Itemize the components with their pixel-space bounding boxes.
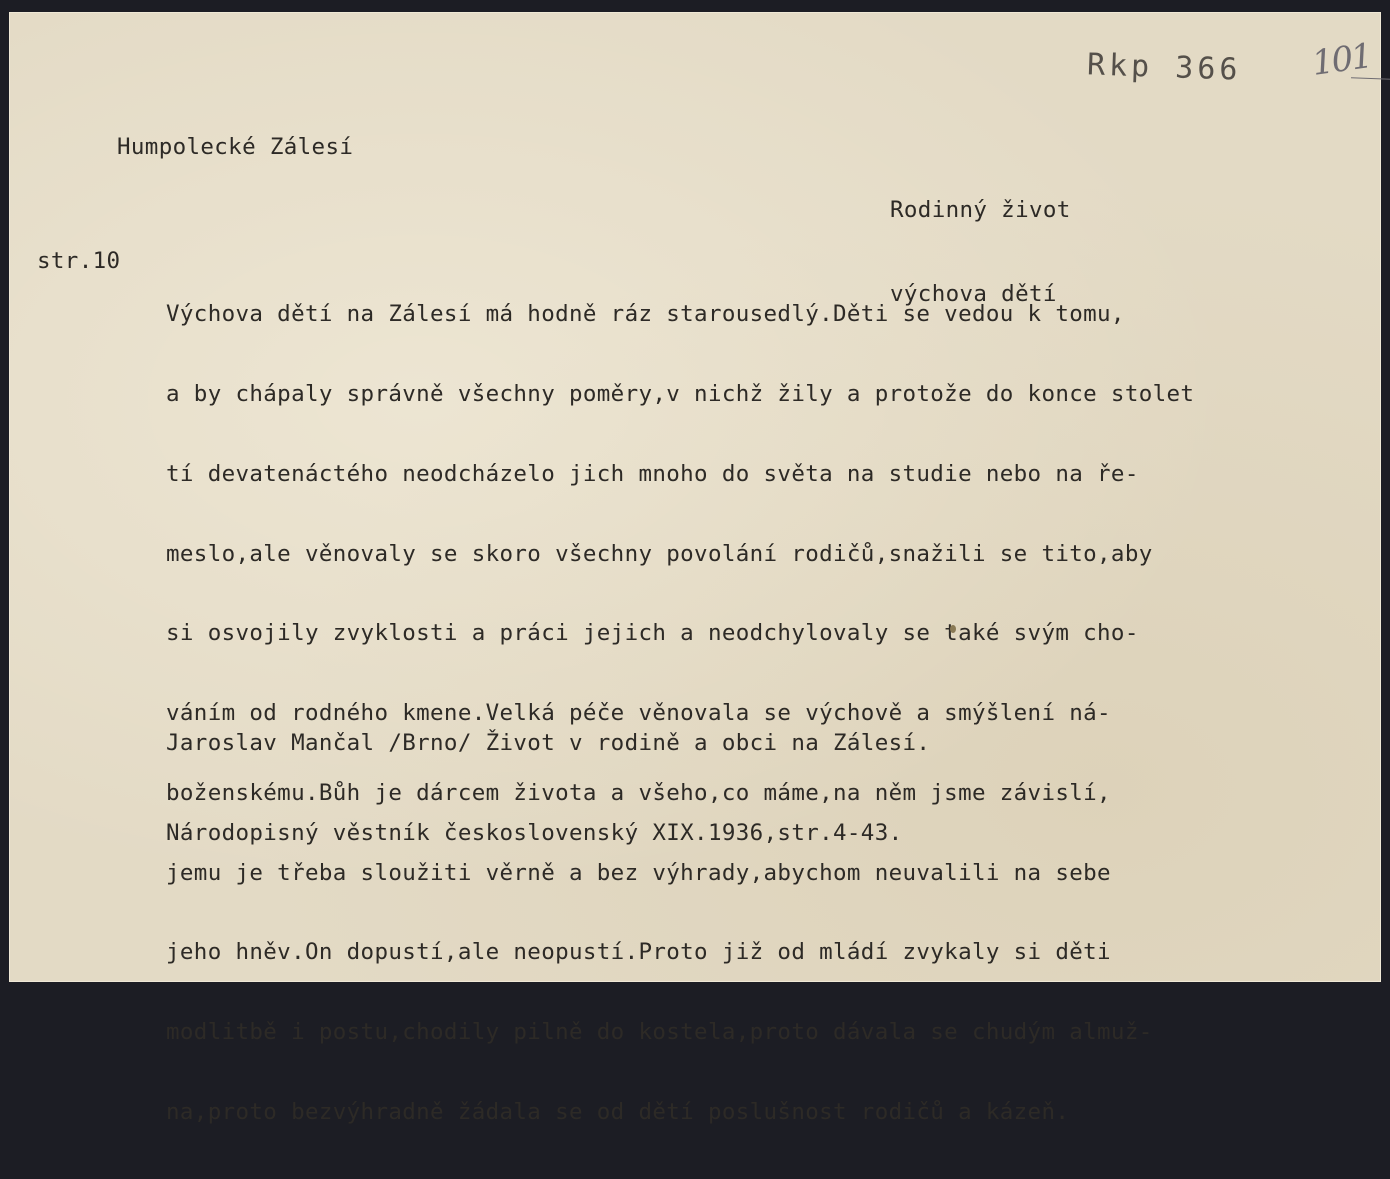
shelfmark-stamp: Rkp 366 [1086,47,1242,87]
body-line: Výchova dětí na Zálesí má hodně ráz star… [166,301,1194,328]
body-line: jeho hněv.On dopustí,ale neopustí.Proto … [166,939,1194,966]
paper-speck [950,625,956,633]
region-heading: Humpolecké Zálesí [117,134,353,161]
topic-line: Rodinný život [890,196,1071,224]
citation-line: Národopisný věstník československý XIX.1… [166,818,930,848]
page-reference: str.10 [37,248,120,275]
body-line: tí devatenáctého neodcházelo jich mnoho … [166,461,1194,488]
index-card: Rkp 366 101 Humpolecké Zálesí Rodinný ži… [9,12,1381,982]
pencil-underline [1351,77,1390,79]
citation: Jaroslav Mančal /Brno/ Život v rodině a … [166,668,930,908]
body-line: meslo,ale věnovaly se skoro všechny povo… [166,541,1194,568]
citation-line: Jaroslav Mančal /Brno/ Život v rodině a … [166,728,930,758]
pencil-folio-number: 101 [1310,36,1374,84]
body-line: a by chápaly správně všechny poměry,v ni… [166,381,1194,408]
body-line: si osvojily zvyklosti a práci jejich a n… [166,620,1194,647]
